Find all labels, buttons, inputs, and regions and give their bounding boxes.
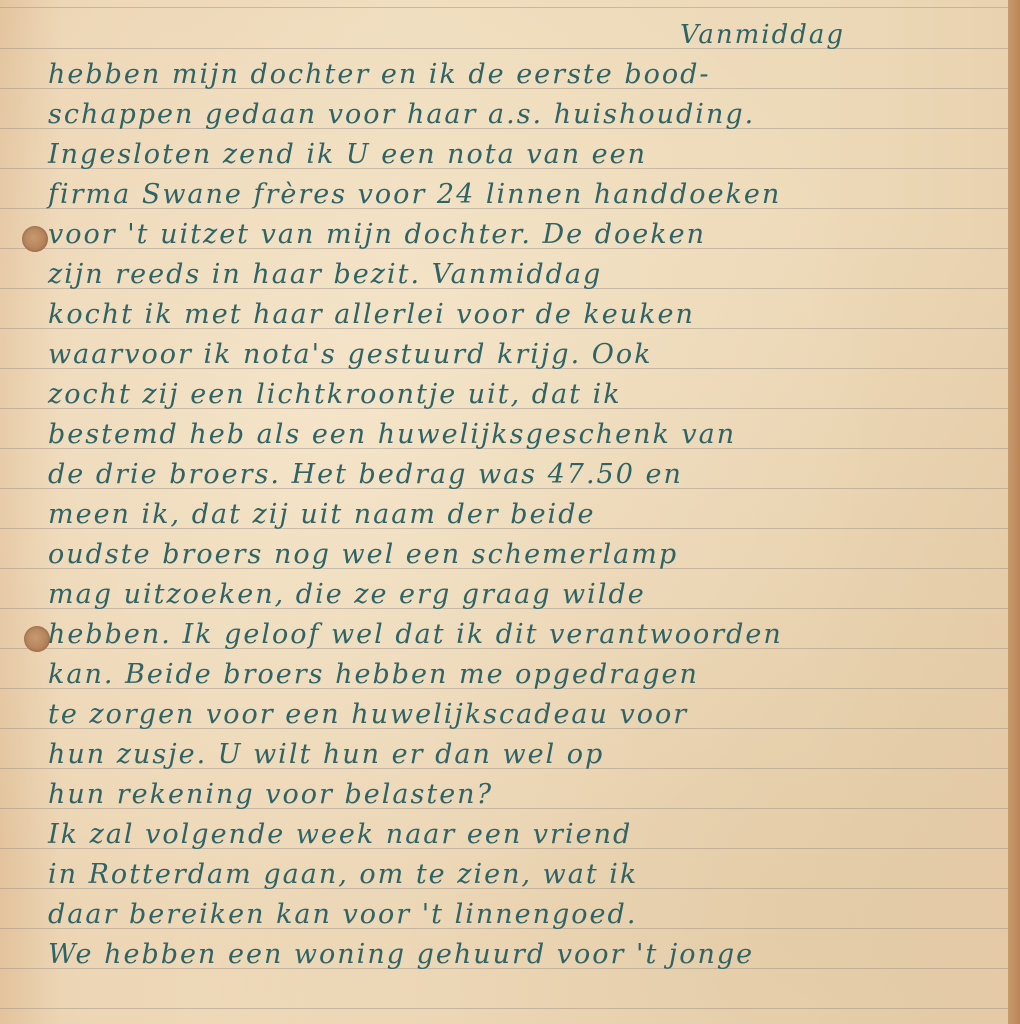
letter-heading: Vanmiddag	[680, 20, 845, 50]
text-line: Ik zal volgende week naar een vriend	[48, 821, 632, 848]
text-line: Ingesloten zend ik U een nota van een	[48, 141, 647, 168]
page-edge	[1008, 0, 1020, 1024]
text-line: kocht ik met haar allerlei voor de keuke…	[48, 301, 695, 328]
letter-page: Vanmiddag hebben mijn dochter en ik de e…	[0, 0, 1008, 1024]
ruled-line	[0, 1008, 1008, 1009]
text-line: zocht zij een lichtkroontje uit, dat ik	[48, 381, 622, 408]
text-line: hun zusje. U wilt hun er dan wel op	[48, 741, 604, 768]
punch-hole-lower	[24, 626, 50, 652]
text-line: hebben mijn dochter en ik de eerste bood…	[48, 61, 711, 88]
punch-hole-upper	[22, 226, 48, 252]
text-line: in Rotterdam gaan, om te zien, wat ik	[48, 861, 638, 888]
text-line: schappen gedaan voor haar a.s. huishoudi…	[48, 101, 755, 128]
ruled-line	[0, 7, 1008, 8]
text-line: zijn reeds in haar bezit. Vanmiddag	[48, 261, 602, 288]
text-line: kan. Beide broers hebben me opgedragen	[48, 661, 699, 688]
text-line: meen ik, dat zij uit naam der beide	[48, 501, 595, 528]
text-line: firma Swane frères voor 24 linnen handdo…	[48, 181, 781, 208]
ruled-line	[0, 48, 1008, 49]
text-line: mag uitzoeken, die ze erg graag wilde	[48, 581, 646, 608]
text-line: We hebben een woning gehuurd voor 't jon…	[48, 941, 754, 968]
text-line: waarvoor ik nota's gestuurd krijg. Ook	[48, 341, 653, 368]
text-line: daar bereiken kan voor 't linnengoed.	[48, 901, 637, 928]
text-line: hebben. Ik geloof wel dat ik dit verantw…	[48, 621, 783, 648]
text-line: voor 't uitzet van mijn dochter. De doek…	[48, 221, 706, 248]
text-line: bestemd heb als een huwelijksgeschenk va…	[48, 421, 736, 448]
text-line: te zorgen voor een huwelijkscadeau voor	[48, 701, 688, 728]
text-line: oudste broers nog wel een schemerlamp	[48, 541, 678, 568]
text-line: de drie broers. Het bedrag was 47.50 en	[48, 461, 683, 488]
text-line: hun rekening voor belasten?	[48, 781, 493, 808]
